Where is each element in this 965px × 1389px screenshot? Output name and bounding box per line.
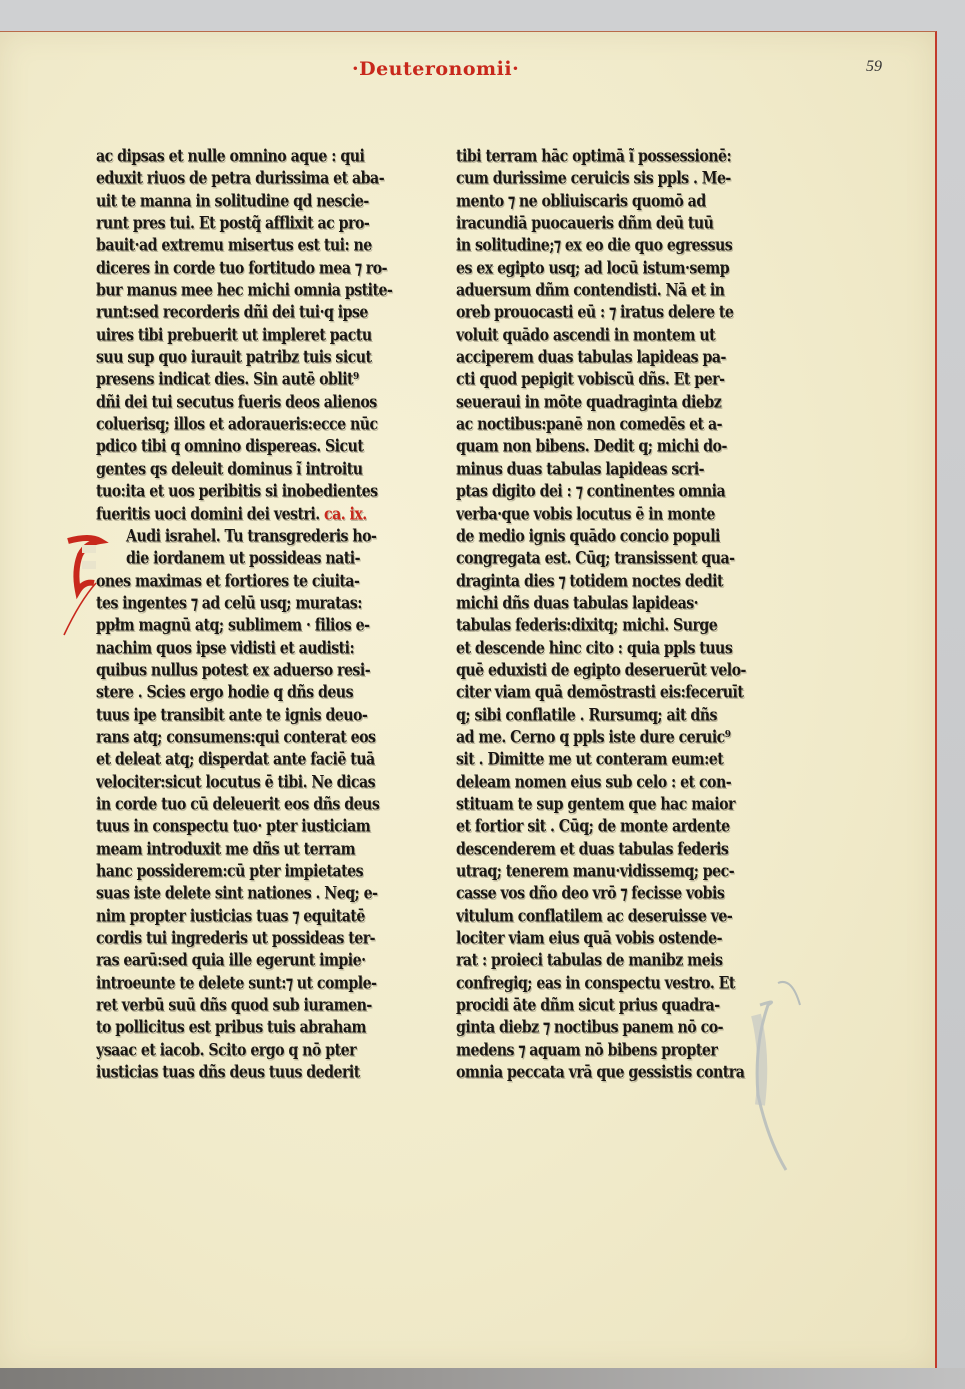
scan-bottom-shadow	[0, 1368, 965, 1389]
text-column-right: tibi terram hāc optimā ĩ possessionē: cu…	[456, 146, 756, 1084]
text-line: omnia peccata vrā que gessistis contra	[456, 1060, 756, 1086]
text-line: iusticias tuas dñs deus tuus dederit	[96, 1060, 396, 1086]
running-head: ·Deuteronomii·	[352, 58, 519, 80]
chapter-marker: ca. ix.	[324, 505, 367, 524]
text-column-left: ac dipsas et nulle omnino aque : qui edu…	[96, 146, 396, 1084]
red-initial-a-icon	[60, 531, 100, 639]
grey-penwork-stroke-icon	[748, 975, 828, 1175]
folio-number: 59	[866, 58, 882, 76]
